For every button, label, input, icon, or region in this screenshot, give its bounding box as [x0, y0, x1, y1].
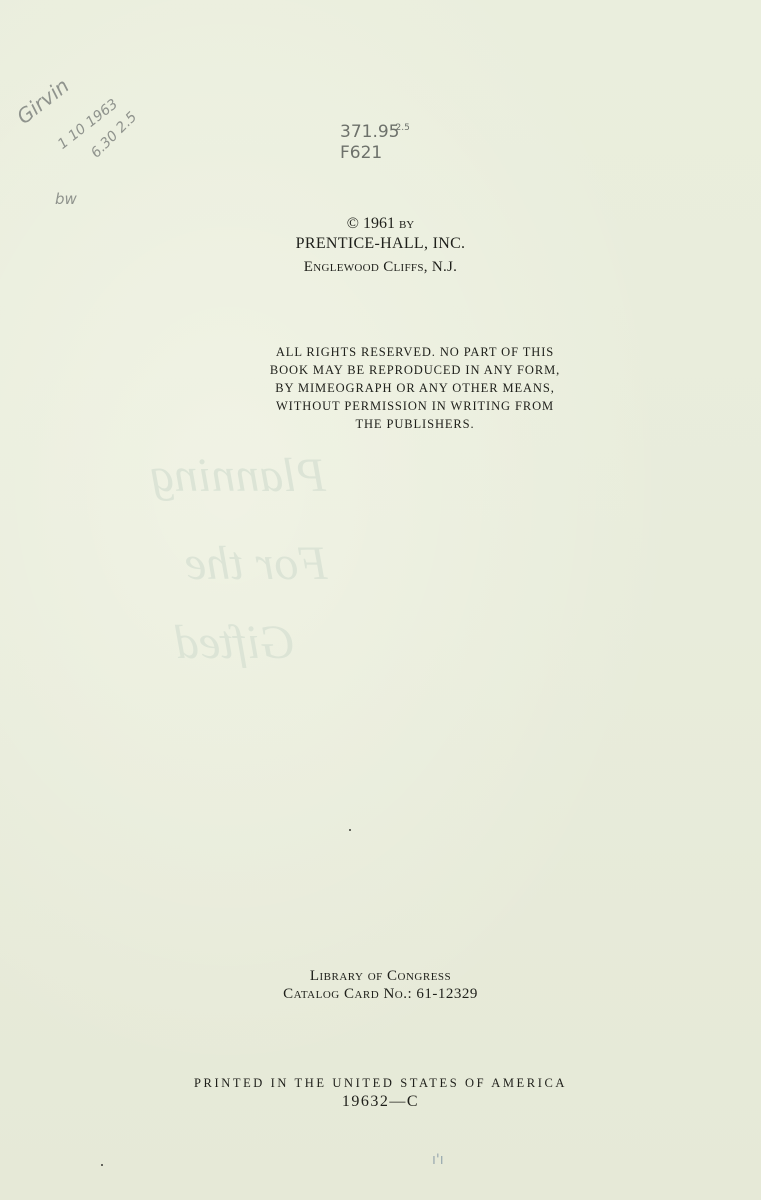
bleed-through-text: Planning [150, 448, 326, 503]
printed-in-notice: PRINTED IN THE UNITED STATES OF AMERICA [0, 1074, 761, 1092]
print-number: 19632—C [0, 1093, 761, 1111]
pencil-note: Girvin [12, 73, 74, 128]
rights-notice: ALL RIGHTS RESERVED. NO PART OF THIS BOO… [256, 343, 574, 433]
call-number: 371.952.5 F621 [340, 122, 410, 165]
rights-line: BY MIMEOGRAPH OR ANY OTHER MEANS, [256, 379, 574, 397]
copyright-block: © 1961 by PRENTICE-HALL, INC. Englewood … [0, 214, 761, 277]
stamp-mark: ı'ı [432, 1152, 444, 1168]
rights-line: WITHOUT PERMISSION IN WRITING FROM [256, 397, 574, 415]
rights-line: BOOK MAY BE REPRODUCED IN ANY FORM, [256, 361, 574, 379]
bleed-through-text: Gifted [175, 615, 295, 670]
publisher-name: PRENTICE-HALL, INC. [0, 234, 761, 254]
ink-speck [101, 1164, 103, 1166]
ink-speck [349, 829, 351, 831]
call-number-class: 371.95 [340, 122, 399, 142]
book-page: Planning For the Gifted Girvin 1 10 1963… [0, 0, 761, 1200]
library-line: Library of Congress [0, 967, 761, 985]
call-number-cutter: F621 [340, 143, 410, 164]
copyright-line: © 1961 by [0, 214, 761, 234]
rights-line: THE PUBLISHERS. [256, 415, 574, 433]
catalog-card-number: Catalog Card No.: 61-12329 [0, 985, 761, 1003]
library-of-congress-block: Library of Congress Catalog Card No.: 61… [0, 967, 761, 1003]
call-number-superscript: 2.5 [395, 123, 409, 133]
rights-line: ALL RIGHTS RESERVED. NO PART OF THIS [256, 343, 574, 361]
bleed-through-text: For the [185, 536, 328, 591]
publisher-location: Englewood Cliffs, N.J. [0, 257, 761, 277]
pencil-note: bw [55, 190, 77, 208]
